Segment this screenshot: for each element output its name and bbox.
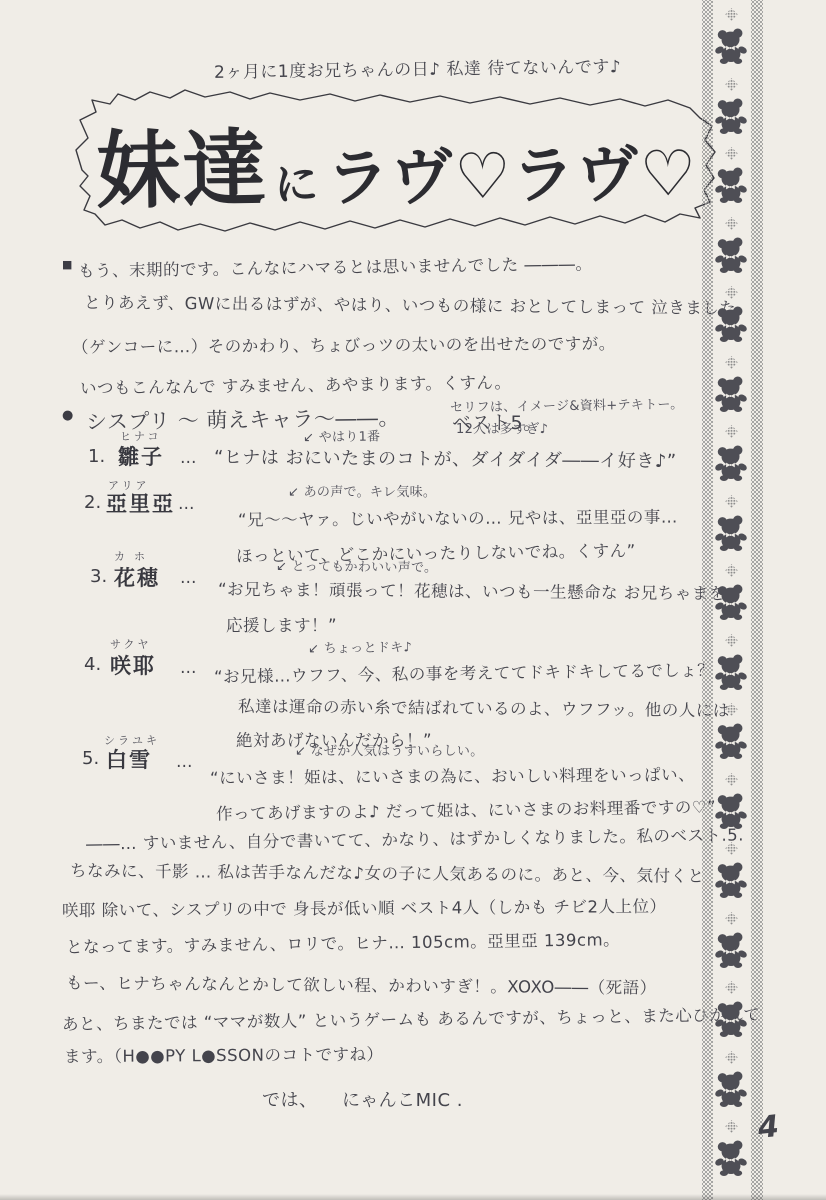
quote-line: 応援します！” (226, 612, 337, 636)
diamond-dot-icon (725, 842, 738, 855)
decorative-border-strip (702, 0, 763, 1200)
diamond-dot-icon (725, 981, 738, 994)
postscript-line: ます。（H●●PY L●SSONのコトですね） (64, 1041, 384, 1067)
rank-number: 5. (82, 748, 99, 769)
outro-line: となってます。すみません、ロリで。ヒナ… 105cm。亞里亞 139cm。 (66, 926, 620, 958)
diamond-dot-icon (725, 356, 738, 369)
teddy-bear-icon (713, 306, 749, 342)
ranking-side-note: 12人は多すぎ♪ (456, 418, 548, 437)
teddy-bear-icon (713, 793, 749, 829)
teddy-bear-icon (713, 1140, 749, 1176)
intro-line: もう、末期的です。こんなにハマるとは思いませんでした ―――。 (78, 250, 593, 281)
quote-line: “お兄様…ウフフ、今、私の事を考えててドキドキしてるでしょ？ (214, 657, 715, 688)
margin-note: ↙ ちょっとドキ♪ (308, 636, 412, 656)
signature-name: にゃんこMIC . (342, 1086, 463, 1112)
postscript-line: あと、ちまたでは “ママが数人” というゲームも あるんですが、ちょっと、また心… (62, 1001, 761, 1035)
postscript-line: もー、ヒナちゃんなんとかして欲しい程、かわいすぎ！。XOXO――（死語） (66, 969, 657, 998)
ellipsis: … (180, 658, 197, 677)
scan-bottom-edge (0, 1194, 826, 1200)
diamond-dot-icon (725, 495, 738, 508)
outro-line: 咲耶 除いて、シスプリの中で 身長が低い順 ベスト4人（しかも チビ2人上位） (62, 893, 667, 921)
diamond-dot-icon (725, 425, 738, 438)
diamond-dot-icon (725, 912, 738, 925)
ellipsis: … (178, 494, 195, 513)
diamond-dot-icon (725, 773, 738, 786)
character-name: 亞里亞 (106, 488, 175, 518)
diamond-dot-icon (725, 78, 738, 91)
ellipsis: … (180, 448, 197, 467)
teddy-bear-icon (713, 932, 749, 968)
teddy-bear-icon (713, 28, 749, 64)
ellipsis: … (176, 752, 193, 771)
rank-number: 4. (84, 654, 101, 675)
teddy-bear-icon (713, 584, 749, 620)
quote-line: “ヒナは おにいたまのコトが、ダイダイダ――イ好き♪” (214, 443, 677, 473)
top-note: 2ヶ月に1度お兄ちゃんの日♪ 私達 待てないんです♪ (214, 52, 621, 83)
teddy-bear-icon (713, 1001, 749, 1037)
diamond-dot-icon (725, 564, 738, 577)
margin-note: ↙ やはり1番 (303, 425, 381, 445)
title-part-imouto: 妹達 (96, 130, 269, 212)
diamond-dot-icon (725, 634, 738, 647)
diamond-dot-icon (725, 8, 738, 21)
outro-line: ――… すいません、自分で書いてて、かなり、はずかしくなりました。私のベスト.5… (86, 821, 744, 854)
round-bullet-icon: ● (62, 408, 73, 423)
rank-number: 1. (88, 446, 105, 467)
rank-number: 3. (90, 566, 107, 587)
teddy-bear-icon (713, 723, 749, 759)
diamond-dot-icon (725, 703, 738, 716)
character-name: 咲耶 (110, 650, 156, 680)
intro-line: とりあえず、GWに出るはずが、やはり、いつもの様に おとしてしまって 泣きました… (84, 289, 753, 319)
margin-note: ↙ あの声で。キレ気味。 (288, 481, 436, 500)
margin-note: ↙ とってもかわいい声で。 (276, 555, 438, 575)
margin-note: ↙ なぜか人気はうすいらしい。 (295, 740, 484, 759)
page-number: 4 (756, 1109, 780, 1146)
diamond-dot-icon (725, 1120, 738, 1133)
character-name: 雛子 (118, 441, 164, 471)
teddy-bear-icon (713, 654, 749, 690)
scanned-doujin-page: 2ヶ月に1度お兄ちゃんの日♪ 私達 待てないんです♪ 妹達 に ラヴ♡ラヴ♡ ■… (0, 0, 826, 1200)
teddy-bear-icon (713, 98, 749, 134)
signature-lead: では、 (262, 1086, 318, 1112)
square-bullet-icon: ■ (62, 258, 72, 271)
ellipsis: … (180, 568, 197, 587)
quote-line: “兄～～ヤァ。じいやがいないの… 兄やは、亞里亞の事… (238, 503, 678, 530)
diamond-dot-icon (725, 286, 738, 299)
page-title: 妹達 に ラヴ♡ラヴ♡ (95, 102, 697, 212)
character-name: 白雪 (106, 744, 152, 774)
teddy-bear-icon (713, 862, 749, 898)
title-part-ni: に (274, 163, 319, 208)
outro-line: ちなみに、千影 … 私は苦手なんだな♪女の子に人気あるのに。あと、今、気付くと (70, 857, 705, 887)
teddy-bear-icon (713, 515, 749, 551)
title-part-love: ラヴ♡ラヴ♡ (326, 144, 698, 209)
teddy-bear-icon (713, 1071, 749, 1107)
quote-line: 作ってあげますのよ♪ だって姫は、にいさまのお料理番ですの♡” (216, 794, 716, 825)
diamond-dot-icon (725, 1051, 738, 1064)
quote-line: 私達は運命の赤い糸で結ばれているのよ、ウフフッ。他の人には (238, 693, 730, 721)
intro-line: いつもこんなんで すみません、あやまります。くすん。 (80, 369, 512, 399)
diamond-dot-icon (725, 147, 738, 160)
teddy-bear-icon (713, 167, 749, 203)
diamond-dot-icon (725, 217, 738, 230)
ranking-side-note: セリフは、イメージ&資料+テキトー。 (450, 393, 684, 415)
teddy-bear-icon (713, 376, 749, 412)
intro-line: （ゲンコーに…）そのかわり、ちょびっツの太いのを出せたのですが。 (72, 330, 616, 358)
rank-number: 2. (84, 492, 101, 513)
quote-line: “にいさま！姫は、にいさまの為に、おいしい料理をいっぱい、 (210, 761, 695, 788)
quote-line: “お兄ちゃま！頑張って！花穂は、いつも一生懸命な お兄ちゃまを (218, 576, 726, 604)
character-name: 花穂 (114, 562, 160, 592)
teddy-bear-icon (713, 237, 749, 273)
teddy-bear-icon (713, 445, 749, 481)
